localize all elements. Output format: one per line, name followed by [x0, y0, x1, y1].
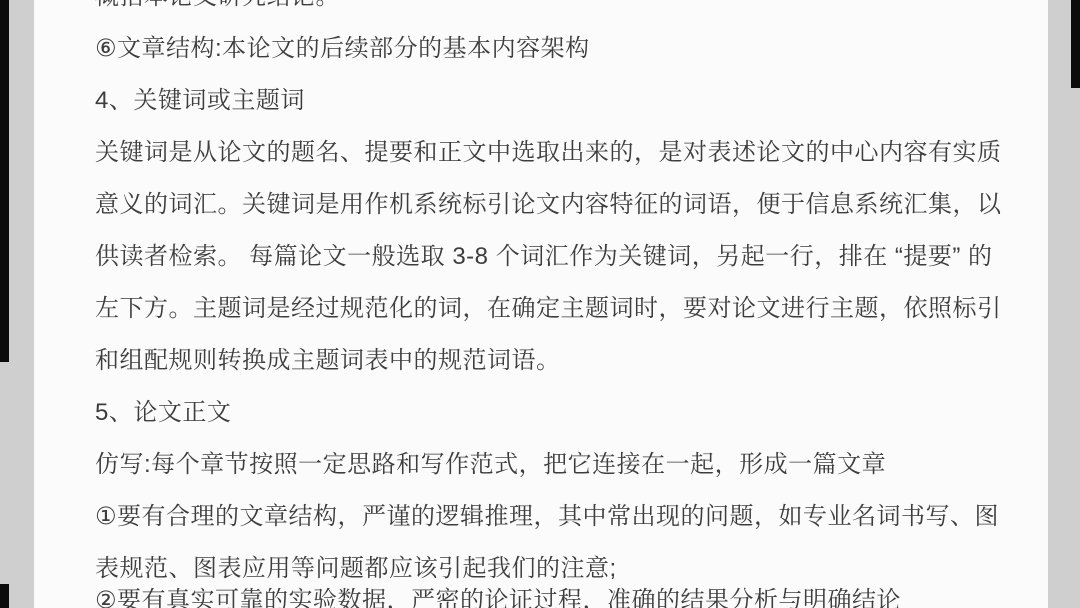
- text-line: ①要有合理的文章结构，严谨的逻辑推理，其中常出现的问题，如专业名词书写、图: [95, 491, 1000, 543]
- text-lines: 概括本论文研究结论。⑥文章结构:本论文的后续部分的基本内容架构4、关键词或主题词…: [95, 0, 1000, 595]
- text-line: 和组配规则转换成主题词表中的规范词语。: [95, 335, 1000, 387]
- left-black-bar: [0, 0, 9, 362]
- text-line: 供读者检索。 每篇论文一般选取 3-8 个词汇作为关键词，另起一行，排在 “提要…: [95, 231, 1000, 283]
- text-line: 5、论文正文: [95, 387, 1000, 439]
- document-page: 概括本论文研究结论。⑥文章结构:本论文的后续部分的基本内容架构4、关键词或主题词…: [95, 0, 1000, 595]
- text-line: 4、关键词或主题词: [95, 75, 1000, 127]
- right-black-bar: [1071, 0, 1080, 88]
- left-bottom-black-bar: [0, 584, 9, 608]
- text-line: 仿写:每个章节按照一定思路和写作范式，把它连接在一起，形成一篇文章: [95, 439, 1000, 491]
- clipped-bottom-line: ②要有真实可靠的实验数据，严密的论证过程，准确的结果分析与明确结论: [95, 588, 901, 608]
- text-line: 左下方。主题词是经过规范化的词，在确定主题词时，要对论文进行主题，依照标引: [95, 283, 1000, 335]
- text-line: 意义的词汇。关键词是用作机系统标引论文内容特征的词语，便于信息系统汇集，以: [95, 179, 1000, 231]
- right-gutter: [1048, 0, 1080, 608]
- text-line: 关键词是从论文的题名、提要和正文中选取出来的，是对表述论文的中心内容有实质: [95, 127, 1000, 179]
- video-frame: 概括本论文研究结论。⑥文章结构:本论文的后续部分的基本内容架构4、关键词或主题词…: [0, 0, 1080, 608]
- text-line: 概括本论文研究结论。: [95, 0, 1000, 23]
- text-line: ⑥文章结构:本论文的后续部分的基本内容架构: [95, 23, 1000, 75]
